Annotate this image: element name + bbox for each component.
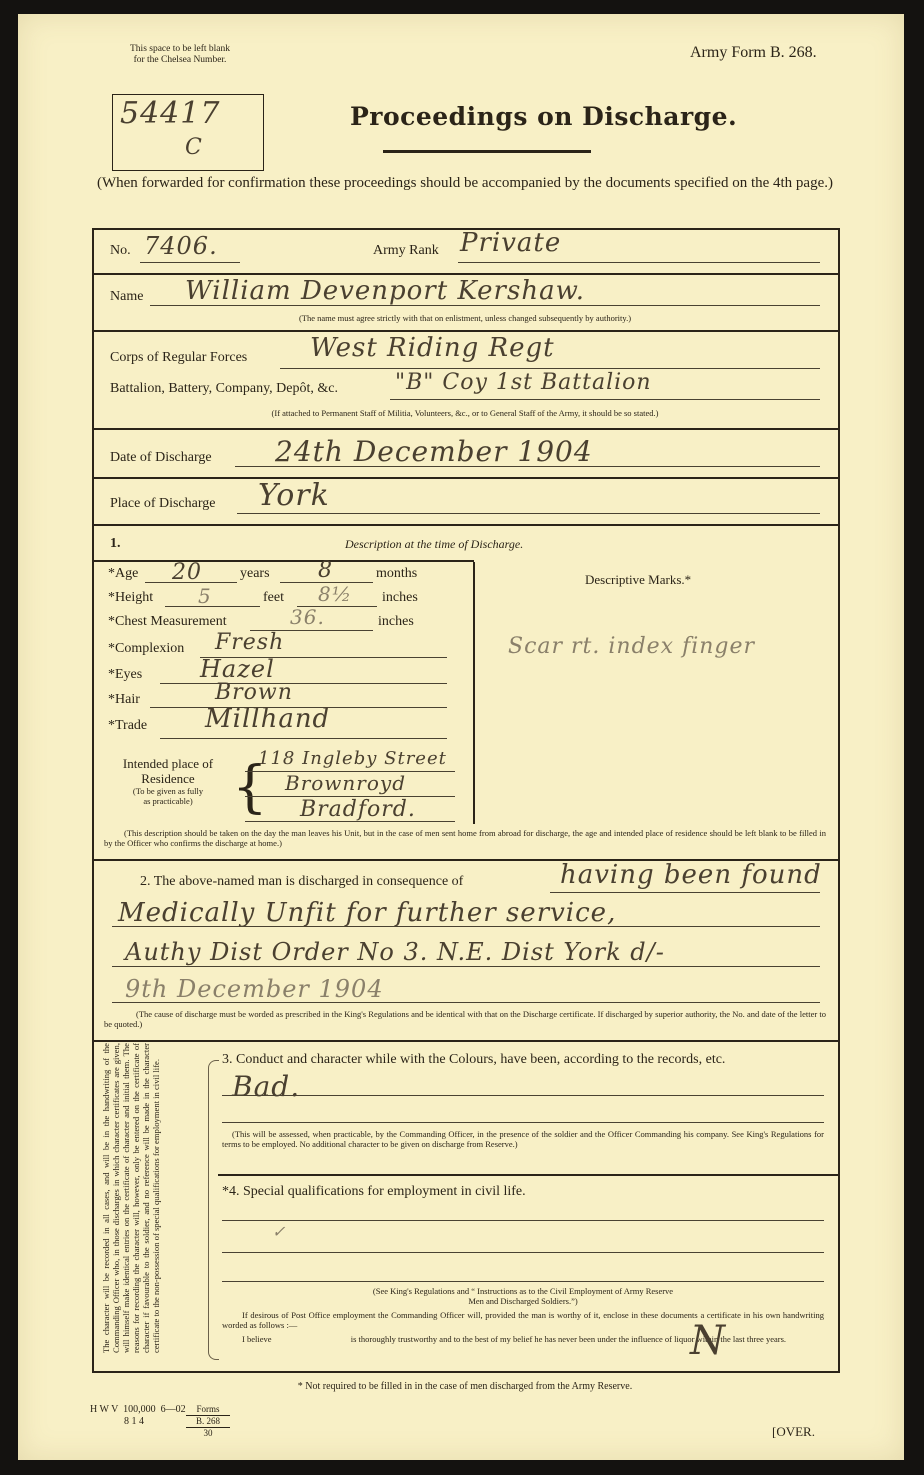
divider	[92, 428, 838, 430]
section2-line1	[550, 892, 820, 893]
residence-label-line4: as practicable)	[106, 796, 230, 806]
residence-label-line2: Residence	[106, 771, 230, 786]
forms-number: B. 268	[186, 1416, 230, 1428]
trade-value: Millhand	[205, 704, 330, 734]
certificate-text: I believe is thoroughly trustworthy and …	[222, 1334, 824, 1344]
section2-line4-value: 9th December 1904	[125, 975, 384, 1003]
service-no-value: 7406.	[144, 232, 218, 260]
section2-line2	[112, 926, 820, 927]
divider	[92, 524, 838, 526]
age-years-line	[145, 582, 237, 583]
section1-heading: Description at the time of Discharge.	[345, 537, 523, 552]
height-feet-value: 5	[198, 584, 212, 608]
feet-label: feet	[263, 590, 284, 606]
section3-line2	[222, 1122, 824, 1123]
trade-line	[160, 738, 447, 739]
trade-label: *Trade	[108, 718, 147, 734]
section4-mark: ✓	[272, 1222, 286, 1241]
title-underline	[383, 150, 591, 153]
divider	[92, 477, 838, 479]
place-label: Place of Discharge	[110, 496, 215, 512]
section4-line1	[222, 1220, 824, 1221]
name-note: (The name must agree strictly with that …	[92, 313, 838, 323]
section2-line4	[112, 1002, 820, 1003]
section2-line3-value: Authy Dist Order No 3. N.E. Dist York d/…	[125, 938, 665, 966]
rank-label: Army Rank	[373, 243, 439, 259]
post-office-note: If desirous of Post Office employment th…	[222, 1310, 824, 1330]
over-label: [OVER.	[772, 1424, 815, 1440]
printer-code: H W V 100,000 6—02	[90, 1405, 186, 1415]
section4-label: *4. Special qualifications for employmen…	[222, 1184, 526, 1200]
section4-ref-note: (See King's Regulations and “ Instructio…	[222, 1286, 824, 1306]
name-line	[150, 305, 820, 306]
height-label: *Height	[108, 590, 153, 606]
corps-value: West Riding Regt	[310, 333, 555, 363]
chelsea-number: 54417	[120, 96, 220, 131]
section3-label: 3. Conduct and character while with the …	[222, 1052, 725, 1068]
battalion-label: Battalion, Battery, Company, Depôt, &c.	[110, 381, 338, 397]
complexion-value: Fresh	[215, 630, 284, 655]
complexion-label: *Complexion	[108, 641, 184, 657]
nil-mark: N	[690, 1318, 726, 1364]
name-value: William Devenport Kershaw.	[185, 276, 585, 306]
forms-label: Forms	[186, 1404, 230, 1416]
residence-label-line1: Intended place of	[106, 756, 230, 771]
divider	[92, 1040, 838, 1042]
divider	[92, 330, 838, 332]
corps-line	[280, 368, 820, 369]
hair-label: *Hair	[108, 692, 140, 708]
residence-line2-value: Brownroyd	[285, 771, 406, 795]
page-subtitle: (When forwarded for confirmation these p…	[92, 172, 838, 194]
character-side-note: The character will be recorded in all ca…	[101, 1043, 201, 1353]
rank-value: Private	[460, 228, 561, 258]
age-label: *Age	[108, 566, 138, 582]
section3-note: (This will be assessed, when practicable…	[222, 1129, 824, 1149]
section1-note: (This description should be taken on the…	[104, 828, 826, 848]
divider	[92, 273, 838, 275]
residence-line1-value: 118 Ingleby Street	[258, 748, 447, 769]
printer-code-2: 8 1 4	[124, 1417, 144, 1427]
forms-fraction: Forms B. 268 30	[186, 1404, 230, 1439]
age-months-value: 8	[318, 558, 333, 583]
rank-line	[458, 262, 820, 263]
form-number: Army Form B. 268.	[690, 44, 817, 62]
certificate-text-a: I believe	[242, 1334, 272, 1344]
years-label: years	[240, 566, 270, 582]
height-inches-value: 8½	[318, 582, 352, 606]
descriptive-marks-label: Descriptive Marks.*	[585, 572, 691, 588]
asterisk-note: * Not required to be filled in in the ca…	[92, 1382, 838, 1392]
eyes-value: Hazel	[200, 655, 275, 683]
eyes-label: *Eyes	[108, 667, 142, 683]
battalion-note: (If attached to Permanent Staff of Milit…	[92, 408, 838, 418]
section2-line3	[112, 966, 820, 967]
height-feet-line	[165, 606, 260, 607]
section4-line3	[222, 1281, 824, 1282]
chest-value: 36.	[290, 605, 325, 629]
service-no-line	[140, 262, 240, 263]
chest-label: *Chest Measurement	[108, 614, 227, 630]
chelsea-note: This space to be left blank for the Chel…	[100, 44, 260, 66]
date-line	[235, 466, 820, 467]
section2-line1-value: having been found	[560, 860, 822, 890]
side-note-brace	[208, 1060, 219, 1360]
page-title: Proceedings on Discharge.	[350, 102, 737, 131]
descriptive-marks-value: Scar rt. index finger	[508, 634, 755, 659]
residence-line3-value: Bradford.	[300, 797, 416, 822]
corps-label: Corps of Regular Forces	[110, 350, 247, 366]
section2-line2-value: Medically Unfit for further service,	[118, 898, 616, 928]
battalion-line	[390, 399, 820, 400]
inches-label: inches	[382, 590, 418, 606]
forms-denominator: 30	[186, 1428, 230, 1439]
divider	[92, 560, 474, 562]
hair-value: Brown	[215, 680, 293, 705]
section2-note: (The cause of discharge must be worded a…	[104, 1009, 826, 1029]
section2-label: 2. The above-named man is discharged in …	[140, 874, 463, 890]
place-value: York	[258, 478, 330, 513]
date-value: 24th December 1904	[275, 435, 593, 468]
side-note-box: The character will be recorded in all ca…	[96, 1048, 206, 1364]
name-label: Name	[110, 289, 143, 305]
section1-number: 1.	[110, 536, 121, 552]
section4-line2	[222, 1252, 824, 1253]
residence-label: Intended place of Residence (To be given…	[106, 756, 230, 806]
divider	[218, 1174, 838, 1176]
section4-ref-note-line2: Men and Discharged Soldiers.”)	[222, 1296, 824, 1306]
section3-value: Bad.	[232, 1070, 300, 1103]
chelsea-number-suffix: C	[185, 135, 203, 160]
service-no-label: No.	[110, 243, 131, 259]
chest-unit: inches	[378, 614, 414, 630]
chelsea-note-line2: for the Chelsea Number.	[100, 55, 260, 66]
eyes-line	[160, 683, 447, 684]
residence-line3	[245, 821, 455, 822]
residence-label-line3: (To be given as fully	[106, 786, 230, 796]
date-label: Date of Discharge	[110, 450, 212, 466]
section4-ref-note-line1: (See King's Regulations and “ Instructio…	[222, 1286, 824, 1296]
section1-vertical-divider	[473, 562, 475, 824]
months-label: months	[376, 566, 417, 582]
battalion-value: "B" Coy 1st Battalion	[395, 370, 652, 395]
chelsea-note-line1: This space to be left blank	[100, 44, 260, 55]
section3-line1	[222, 1095, 824, 1096]
place-line	[237, 513, 820, 514]
